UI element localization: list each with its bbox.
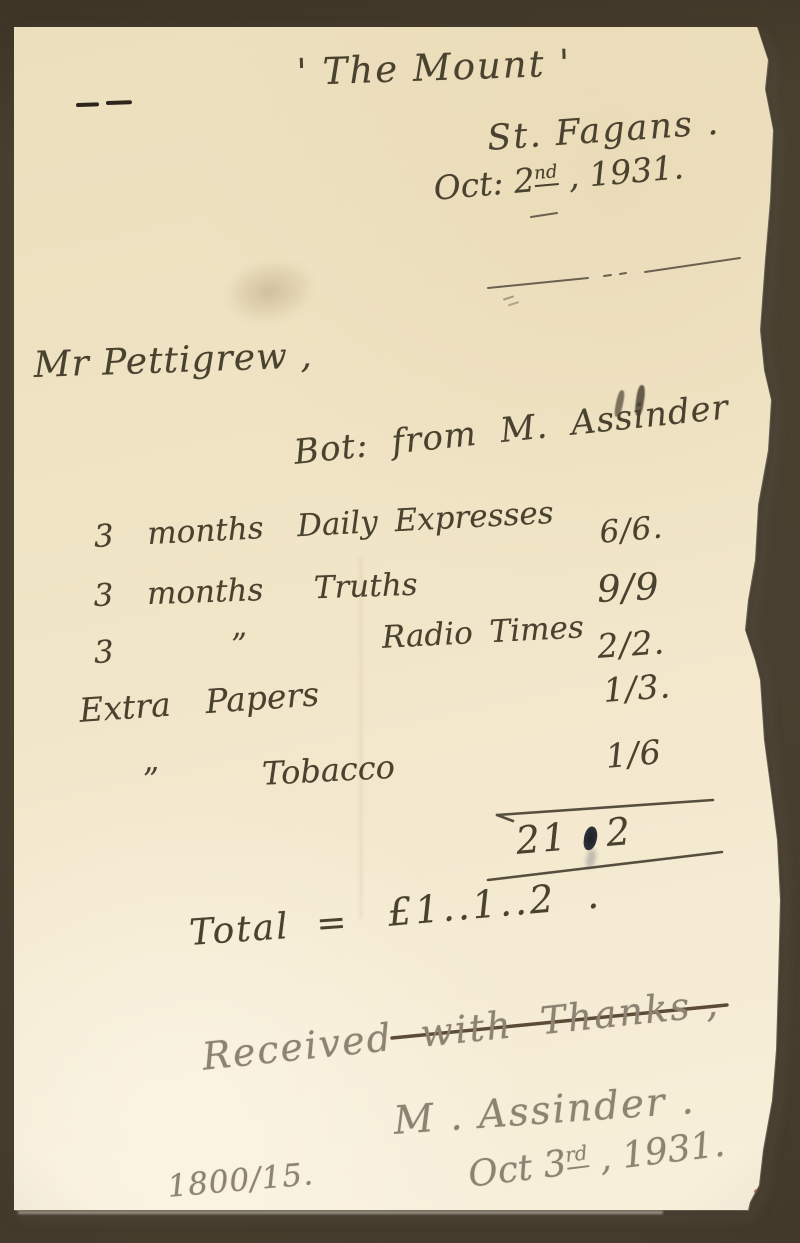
item-label: 3 months Truths <box>93 567 418 614</box>
recipient-name: Mr Pettigrew , <box>33 335 313 386</box>
ink-blot <box>583 826 599 851</box>
item-price: 9/9 <box>596 565 661 611</box>
receipt-paper: ' The Mount ' St. Fagans . Oct: 2nd , 19… <box>14 27 786 1211</box>
subtotal-shillings: 21 <box>514 814 570 862</box>
item-price: 2/2. <box>596 622 666 666</box>
date-text: Oct: 2 <box>432 160 536 208</box>
pencil-tick-mark <box>503 295 514 300</box>
header-divider-left <box>488 278 588 288</box>
header-divider-right <box>645 258 740 272</box>
letterhead-place: St. Fagans . <box>486 103 721 159</box>
item-label: Extra Papers <box>78 674 320 730</box>
date-year: , 1931. <box>556 147 685 197</box>
bought-from-line: Bot: from M. Assinder <box>292 387 731 472</box>
reference-number: 1800/15. <box>166 1156 315 1205</box>
item-label: ” Tobacco <box>142 748 396 799</box>
receipt-paper-wrap: ' The Mount ' St. Fagans . Oct: 2nd , 19… <box>14 27 786 1211</box>
photo-mount-background: ' The Mount ' St. Fagans . Oct: 2nd , 19… <box>0 0 800 1243</box>
total-label: Total = <box>188 902 350 954</box>
paper-crease <box>360 557 362 919</box>
item-price: 6/6. <box>598 509 665 550</box>
paper-fleck <box>754 1189 760 1194</box>
item-price: 1/3. <box>602 666 672 710</box>
received-line: Received with Thanks , <box>200 981 721 1079</box>
sum-rule-hook <box>497 815 513 821</box>
subtotal-pence: 2 <box>604 809 634 855</box>
date-dash <box>531 213 557 217</box>
staple-mark <box>76 98 138 110</box>
date-ordinal: nd <box>533 161 558 187</box>
letterhead-title: ' The Mount ' <box>296 41 572 94</box>
header-divider-dot <box>604 275 611 276</box>
paper-edge-highlight <box>18 1211 663 1214</box>
receipt-date-text: Oct 3 <box>466 1143 569 1196</box>
header-divider-dot <box>620 273 626 274</box>
item-label: 3 months Daily Expresses <box>93 495 554 555</box>
item-price: 1/6 <box>604 732 663 776</box>
subtotal-value: 212 <box>514 809 634 863</box>
item-label: 3 ” Radio Times <box>93 609 585 671</box>
receipt-date-year: , 1931. <box>586 1124 727 1181</box>
total-value: £1..1..2 . <box>386 872 603 935</box>
letterhead-date: Oct: 2nd , 1931. <box>432 147 685 208</box>
erased-pencil-smudge <box>216 250 322 333</box>
receipt-date-ordinal: rd <box>564 1141 589 1170</box>
